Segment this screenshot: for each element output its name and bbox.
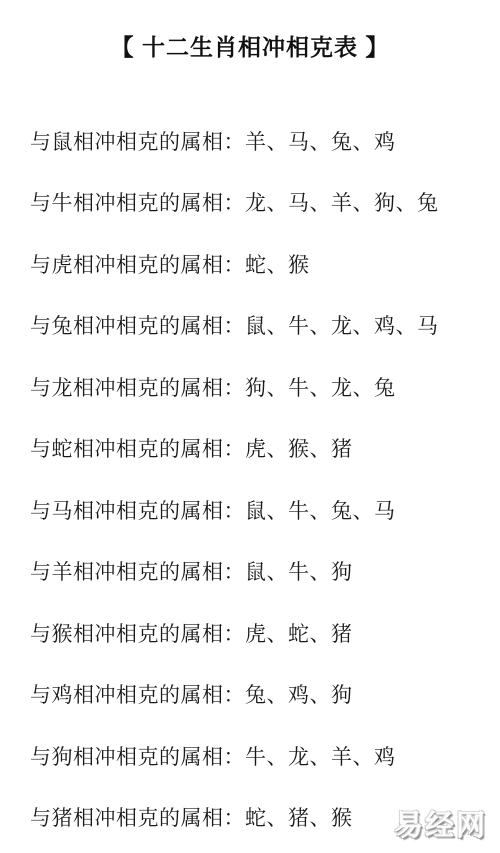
- row-label: 与猪相冲相克的属相：: [30, 802, 245, 832]
- conflict-row-goat: 与羊相冲相克的属相：鼠、牛、狗: [0, 541, 500, 603]
- row-label: 与虎相冲相克的属相：: [30, 249, 245, 279]
- row-value: 鼠、牛、兔、马: [245, 495, 396, 525]
- row-label: 与龙相冲相克的属相：: [30, 372, 245, 402]
- row-label: 与羊相冲相克的属相：: [30, 556, 245, 586]
- conflict-row-ox: 与牛相冲相克的属相：龙、马、羊、狗、兔: [0, 172, 500, 234]
- row-label: 与牛相冲相克的属相：: [30, 187, 245, 217]
- row-value: 龙、马、羊、狗、兔: [245, 187, 439, 217]
- conflict-row-dog: 与狗相冲相克的属相：牛、龙、羊、鸡: [0, 725, 500, 787]
- row-value: 牛、龙、羊、鸡: [245, 741, 396, 771]
- row-label: 与鸡相冲相克的属相：: [30, 679, 245, 709]
- row-value: 蛇、猴: [245, 249, 310, 279]
- conflict-row-snake: 与蛇相冲相克的属相：虎、猴、猪: [0, 418, 500, 480]
- conflict-rows: 与鼠相冲相克的属相：羊、马、兔、鸡 与牛相冲相克的属相：龙、马、羊、狗、兔 与虎…: [0, 110, 500, 848]
- row-label: 与鼠相冲相克的属相：: [30, 126, 245, 156]
- page-title: 【 十二生肖相冲相克表 】: [0, 0, 500, 62]
- zodiac-conflict-table-page: 【 十二生肖相冲相克表 】 与鼠相冲相克的属相：羊、马、兔、鸡 与牛相冲相克的属…: [0, 0, 500, 853]
- row-value: 羊、马、兔、鸡: [245, 126, 396, 156]
- row-label: 与马相冲相克的属相：: [30, 495, 245, 525]
- row-label: 与蛇相冲相克的属相：: [30, 433, 245, 463]
- row-value: 虎、蛇、猪: [245, 618, 353, 648]
- row-value: 兔、鸡、狗: [245, 679, 353, 709]
- row-label: 与猴相冲相克的属相：: [30, 618, 245, 648]
- conflict-row-monkey: 与猴相冲相克的属相：虎、蛇、猪: [0, 602, 500, 664]
- row-value: 狗、牛、龙、兔: [245, 372, 396, 402]
- row-label: 与兔相冲相克的属相：: [30, 310, 245, 340]
- row-value: 鼠、牛、狗: [245, 556, 353, 586]
- row-value: 虎、猴、猪: [245, 433, 353, 463]
- conflict-row-rat: 与鼠相冲相克的属相：羊、马、兔、鸡: [0, 110, 500, 172]
- row-value: 蛇、猪、猴: [245, 802, 353, 832]
- conflict-row-rabbit: 与兔相冲相克的属相：鼠、牛、龙、鸡、马: [0, 295, 500, 357]
- row-value: 鼠、牛、龙、鸡、马: [245, 310, 439, 340]
- row-label: 与狗相冲相克的属相：: [30, 741, 245, 771]
- conflict-row-tiger: 与虎相冲相克的属相：蛇、猴: [0, 233, 500, 295]
- site-watermark: 易经网: [394, 803, 487, 844]
- conflict-row-horse: 与马相冲相克的属相：鼠、牛、兔、马: [0, 479, 500, 541]
- conflict-row-rooster: 与鸡相冲相克的属相：兔、鸡、狗: [0, 664, 500, 726]
- conflict-row-dragon: 与龙相冲相克的属相：狗、牛、龙、兔: [0, 356, 500, 418]
